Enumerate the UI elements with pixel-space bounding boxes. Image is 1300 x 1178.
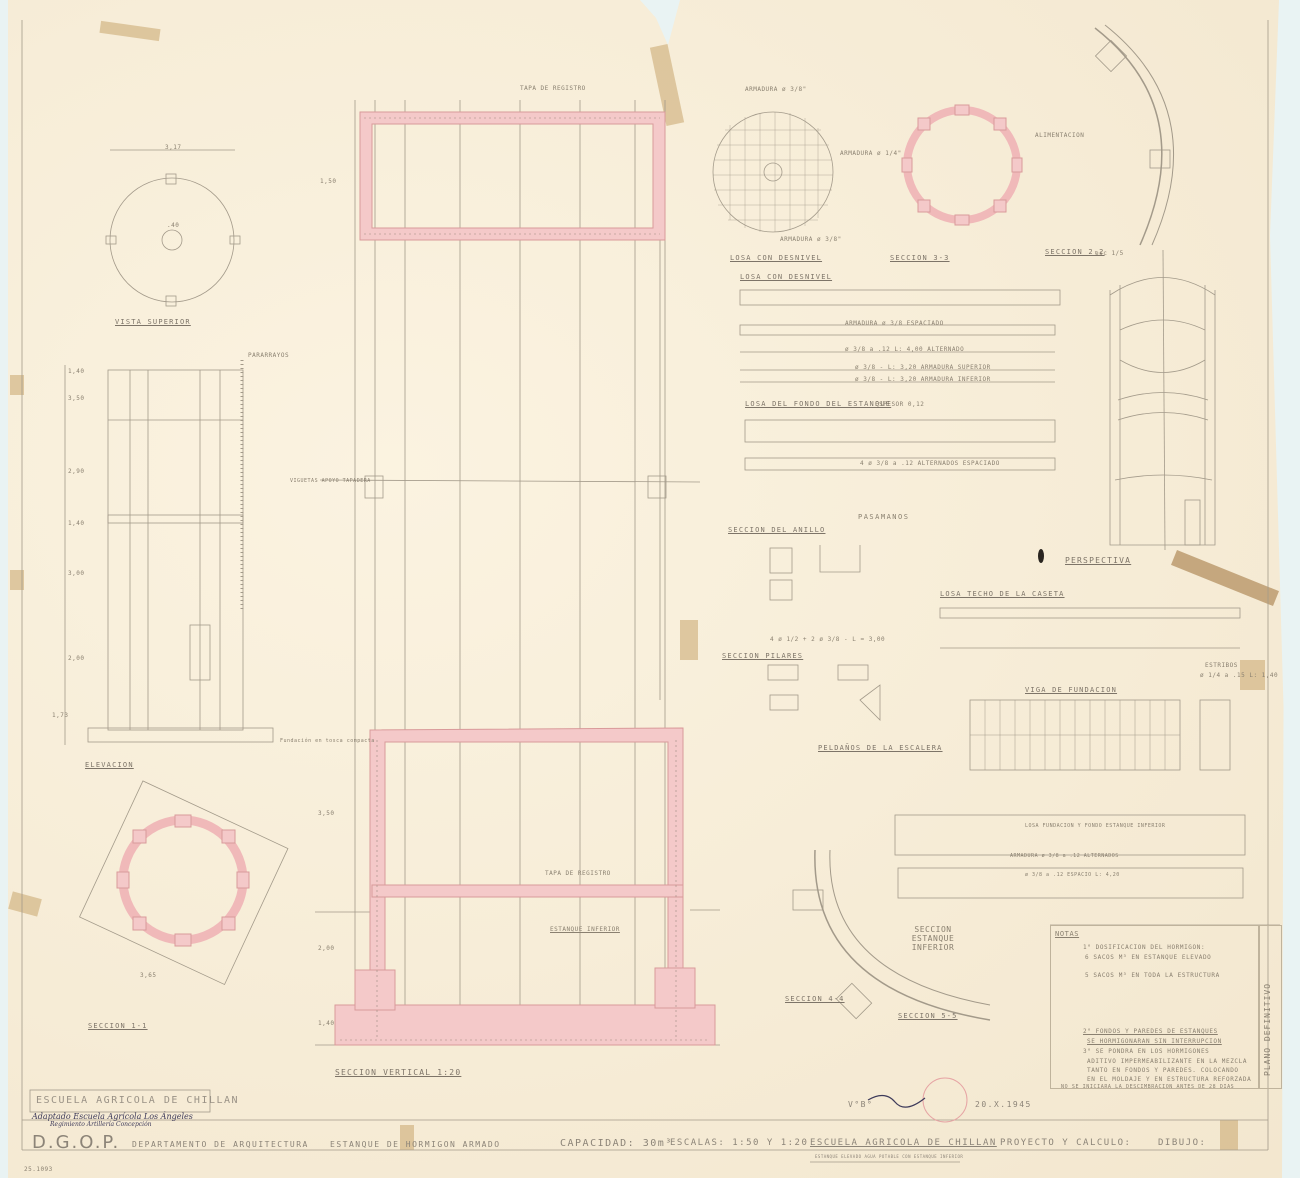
losa-inferior-label: LOSA FUNDACION Y FONDO ESTANQUE INFERIOR — [1025, 823, 1165, 829]
dim-label: 2,90 — [68, 468, 84, 475]
org-label: D.G.O.P. — [32, 1132, 120, 1153]
note-line: 1° DOSIFICACION DEL HORMIGON: — [1083, 944, 1205, 951]
vb-label: V°B° — [848, 1100, 873, 1109]
dim-label: 2,00 — [68, 655, 84, 662]
armadura-line: ø 3/8 a .12 L: 4,00 ALTERNADO — [845, 346, 964, 353]
department-label: DEPARTAMENTO DE ARQUITECTURA — [132, 1140, 309, 1149]
dim-label: 2,00 — [318, 945, 334, 952]
note-line: NO SE INICIARA LA DESCIMBRACION ANTES DE… — [1061, 1084, 1234, 1090]
estanque-inferior-label: ESTANQUE INFERIOR — [550, 926, 620, 933]
viga-fundacion-title: VIGA DE FUNDACION — [1025, 686, 1117, 694]
vista-superior-title: VISTA SUPERIOR — [115, 318, 191, 326]
dim-label: 3,50 — [318, 810, 334, 817]
scales-label: ESCALAS: 1:50 Y 1:20 — [670, 1138, 808, 1148]
armadura-label: ARMADURA ø 3/8" — [780, 236, 842, 243]
seccion-44-title: SECCION 4-4 — [785, 995, 845, 1003]
note-line: 3° SE PONDRA EN LOS HORMIGONES — [1083, 1048, 1209, 1055]
location-label: ESCUELA AGRICOLA DE CHILLAN — [810, 1138, 997, 1148]
plano-definitivo-box: PLANO DEFINITIVO — [1258, 925, 1282, 1089]
note-line: ADITIVO IMPERMEABILIZANTE EN LA MEZCLA — [1087, 1058, 1247, 1065]
note-line: 6 SACOS M³ EN ESTANQUE ELEVADO — [1085, 954, 1211, 961]
note-line: EN EL MOLDAJE Y EN ESTRUCTURA REFORZADA — [1087, 1076, 1251, 1083]
vigas-label: VIGUETAS APOYO TAPADERA — [290, 478, 371, 484]
note-line: SE HORMIGONARAN SIN INTERRUPCION — [1087, 1038, 1222, 1045]
reference-number: 25.1093 — [24, 1166, 53, 1173]
handwritten-note-1: Adaptado Escuela Agrícola Los Ángeles — [32, 1112, 193, 1121]
plano-definitivo-label: PLANO DEFINITIVO — [1263, 983, 1272, 1076]
armadura-label: ARMADURA ø 3/8" — [745, 86, 807, 93]
notes-box: NOTAS 1° DOSIFICACION DEL HORMIGON: 6 SA… — [1050, 925, 1260, 1089]
seccion-11-title: SECCION 1-1 — [88, 1022, 148, 1030]
armadura-line: 4 ø 3/8 a .12 ALTERNADOS ESPACIADO — [860, 460, 1000, 467]
project-label: ESTANQUE DE HORMIGON ARMADO — [330, 1140, 501, 1149]
pilar-note: 4 ø 1/2 + 2 ø 3/8 - L = 3,00 — [770, 636, 885, 643]
seccion-vertical-title: SECCION VERTICAL 1:20 — [335, 1068, 461, 1077]
alimentacion-label: ALIMENTACION — [1035, 132, 1084, 139]
seccion-anillo-title: SECCION DEL ANILLO — [728, 526, 825, 534]
seccion-pilares-title: SECCION PILARES — [722, 652, 803, 660]
dim-label: 3,00 — [68, 570, 84, 577]
losa-techo-title: LOSA TECHO DE LA CASETA — [940, 590, 1065, 598]
armadura-line: ø 3/8 - L: 3,20 ARMADURA SUPERIOR — [855, 364, 991, 371]
note-line: TANTO EN FONDOS Y PAREDES. COLOCANDO — [1087, 1067, 1239, 1074]
estribos-title: ESTRIBOS — [1205, 662, 1238, 669]
note-line: 5 SACOS M³ EN TODA LA ESTRUCTURA — [1085, 972, 1220, 979]
losa-desnivel-title: LOSA CON DESNIVEL — [730, 254, 822, 262]
project-calc-label: PROYECTO Y CALCULO: — [1000, 1138, 1131, 1148]
peldanos-title: PELDAÑOS DE LA ESCALERA — [818, 744, 943, 752]
seccion-55-title: SECCION 5-5 — [898, 1012, 958, 1020]
estribos-note: ø 1/4 a .15 L: 1,40 — [1200, 672, 1278, 679]
armadura-label: ARMADURA ø 1/4" — [840, 150, 902, 157]
losa-fondo-note: ESPESOR 0,12 — [875, 401, 924, 408]
dim-label: 1,40 — [68, 520, 84, 527]
losa-desnivel-title-2: LOSA CON DESNIVEL — [740, 273, 832, 281]
dim-label: 3,17 — [165, 144, 181, 151]
dim-label: .40 — [167, 222, 179, 229]
dim-label: 1,40 — [318, 1020, 334, 1027]
perspectiva-title: PERSPECTIVA — [1065, 556, 1131, 565]
capacity-label: CAPACIDAD: 30m³ — [560, 1138, 673, 1149]
dibujo-label: DIBUJO: — [1158, 1138, 1206, 1148]
dim-label: 3,65 — [140, 972, 156, 979]
dim-label: 1,40 — [68, 368, 84, 375]
losa-inferior-arm: ARMADURA ø 3/8 a .12 ALTERNADOS — [1010, 853, 1119, 859]
school-box-label: ESCUELA AGRICOLA DE CHILLAN — [36, 1095, 239, 1106]
pasamanos-title: PASAMANOS — [858, 513, 909, 521]
armadura-line: ARMADURA ø 3/8 ESPACIADO — [845, 320, 944, 327]
tapa-registro-label: TAPA DE REGISTRO — [520, 85, 586, 92]
note-line: 2° FONDOS Y PAREDES DE ESTANQUES — [1083, 1028, 1218, 1035]
seccion-22-scale: esc 1/5 — [1095, 250, 1124, 257]
dim-label: 1,73 — [52, 712, 68, 719]
elevacion-top-label: PARARRAYOS — [248, 352, 289, 359]
dim-label: 3,50 — [68, 395, 84, 402]
ground-note: Fundación en tosca compacta — [280, 738, 375, 744]
handwritten-note-2: Regimiento Artillería Concepción — [50, 1121, 152, 1128]
armadura-line: ø 3/8 - L: 3,20 ARMADURA INFERIOR — [855, 376, 991, 383]
losa-fondo-title: LOSA DEL FONDO DEL ESTANQUE — [745, 400, 891, 408]
seccion-estanque-inferior-label: SECCION ESTANQUE INFERIOR — [898, 925, 968, 952]
dim-label: 1,50 — [320, 178, 336, 185]
losa-inferior-arm2: ø 3/8 a .12 ESPACIO L: 4,20 — [1025, 872, 1120, 878]
notes-title: NOTAS — [1055, 930, 1079, 938]
date-label: 20.X.1945 — [975, 1100, 1032, 1109]
tapa-registro-label: TAPA DE REGISTRO — [545, 870, 611, 877]
elevacion-title: ELEVACION — [85, 761, 134, 769]
seccion-33-title: SECCION 3-3 — [890, 254, 950, 262]
location-sub-label: ESTANQUE ELEVADO AGUA POTABLE CON ESTANQ… — [815, 1154, 963, 1159]
